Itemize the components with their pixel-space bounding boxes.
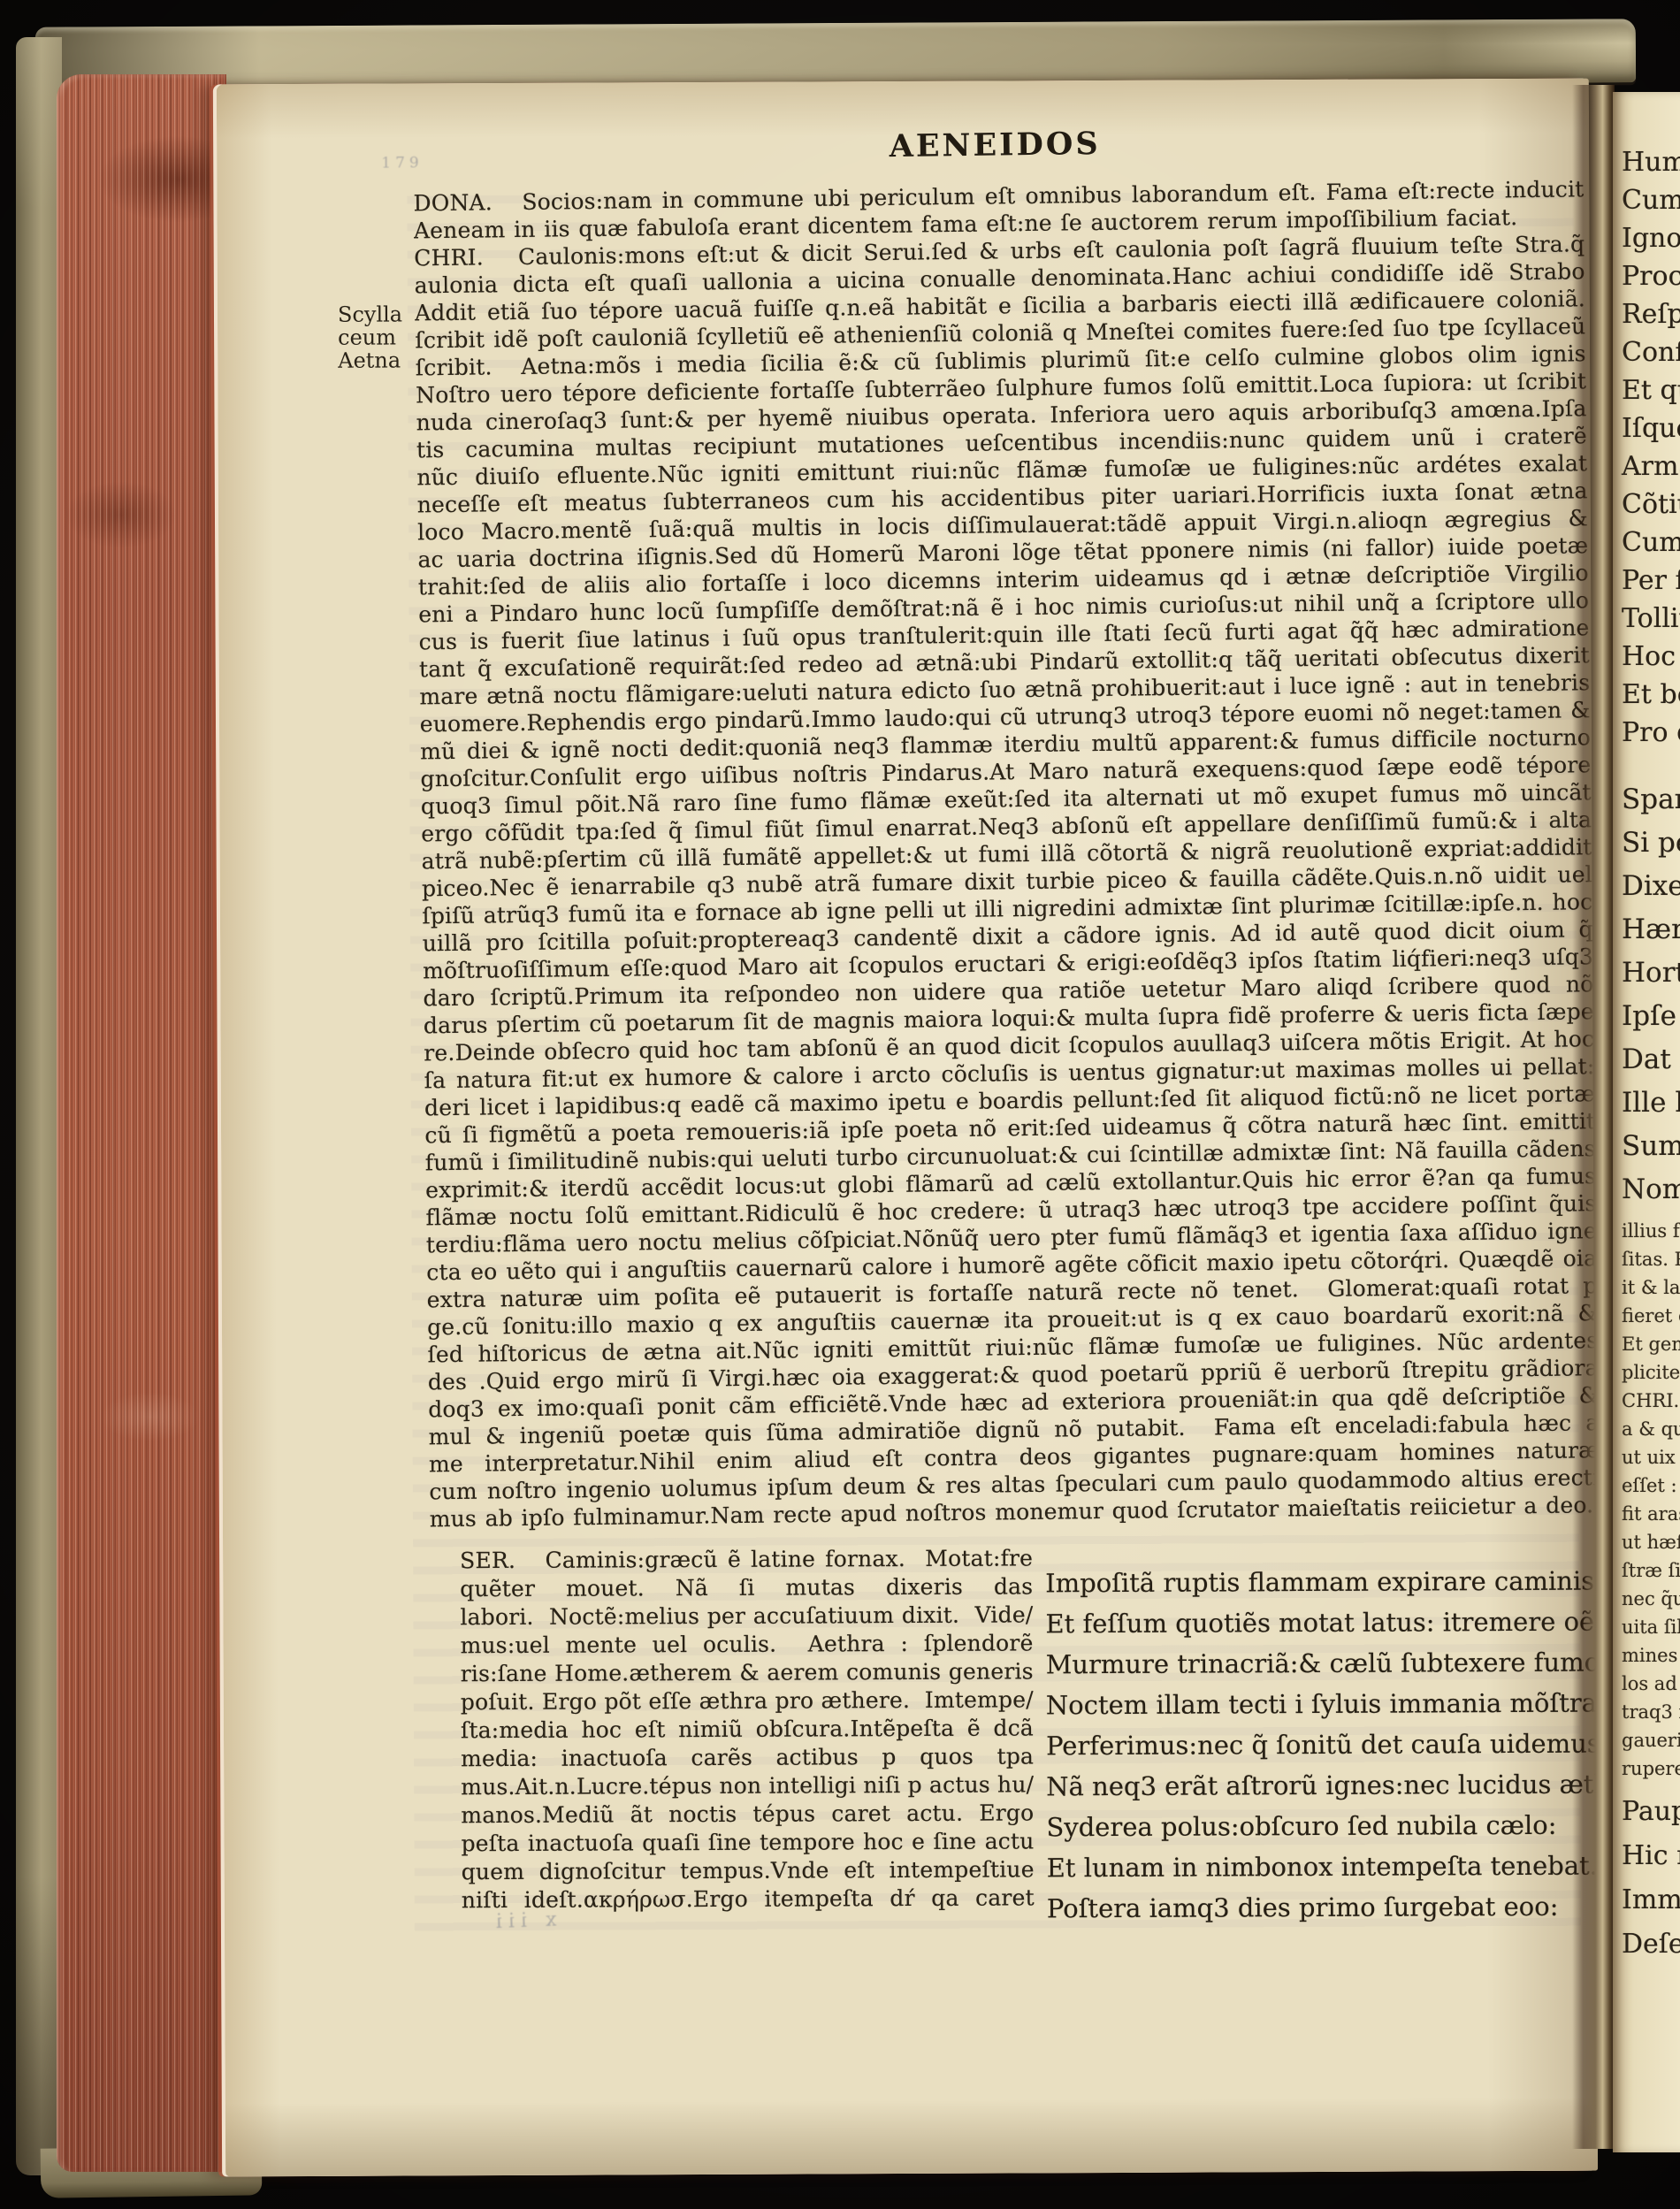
gutter-fold <box>1572 85 1615 2149</box>
text-line: Per ſupero <box>1613 562 1680 600</box>
text-line: ceum <box>338 325 422 348</box>
text-line: poſuit. Ergo põt eſſe æthra pro æthere. … <box>461 1685 1034 1716</box>
text-line: Spargite r <box>1613 778 1680 822</box>
text-line: Reſpicim <box>1613 295 1680 333</box>
text-line: Hic me du <box>1613 1834 1680 1878</box>
text-line: labori. Noctẽ:melius per accuſatiuum dix… <box>460 1601 1033 1632</box>
text-line: nec q̃uis d <box>1613 1585 1680 1613</box>
text-line: SER. Caminis:græcũ ẽ latine fornax. Mota… <box>460 1544 1033 1575</box>
text-line: Perferimus:nec q̃ ſonitũ det cauſa uidem… <box>1046 1724 1598 1767</box>
text-line: Poſtera iamq3 dies primo ſurgebat eoo: <box>1047 1886 1599 1930</box>
text-line: Cum fletu <box>1613 524 1680 562</box>
text-line: los ad mi <box>1613 1670 1680 1698</box>
text-line: Tollite me <box>1613 600 1680 638</box>
text-line: Ipſe pŕ d <box>1613 995 1680 1038</box>
text-line: Arma pro <box>1613 447 1680 485</box>
text-line: ris:ſane Home.ætherem & aerem comunis ge… <box>461 1657 1034 1688</box>
show-through-page-number: 179 <box>381 154 424 172</box>
text-line: ſitas. Per ſyd <box>1613 1245 1680 1273</box>
next-page-sliver: HumentCum ſubIgnoti noProcedit:ReſpicimC… <box>1613 92 1680 2152</box>
text-line: Hoc ſat eri <box>1613 638 1680 676</box>
text-line: CHRI. S <box>1613 1387 1680 1415</box>
text-line: Deſeruere. <box>1613 1922 1680 1967</box>
text-line: ut hæſit:pri <box>1613 1528 1680 1556</box>
next-page-verse-fragments-bottom: Paupere:nHic me duImmemorDeſeruere. <box>1613 1790 1680 1967</box>
text-line: Paupere:n <box>1613 1790 1680 1834</box>
text-line: fit aras pro i <box>1613 1500 1680 1528</box>
text-line: Et genua ar <box>1613 1330 1680 1358</box>
text-line: mus.Ait.n.Lucre.tépus non intelligi niſi… <box>461 1770 1034 1801</box>
text-line: Et quõda <box>1613 371 1680 409</box>
text-line: manos.Mediũ ãt noctis tépus caret actu. … <box>461 1799 1034 1830</box>
text-line: Dixerat:& <box>1613 865 1680 908</box>
margin-note: ScyllaceumAetna <box>338 302 422 371</box>
text-line: Et feſſum quotiẽs motat latus: itremere … <box>1045 1601 1597 1645</box>
text-line: mus:uel mente uel oculis. Aethra : ſplen… <box>460 1629 1033 1660</box>
right-column-verse: Impoſitã ruptis flammam expirare caminis… <box>1045 1561 1599 1930</box>
text-line: Scylla <box>338 302 422 325</box>
text-line: Noctem illam tecti i ſyluis immania mõſt… <box>1046 1683 1598 1726</box>
next-page-verse-fragments-top: HumentCum ſubIgnoti noProcedit:ReſpicimC… <box>1613 143 1680 752</box>
text-line: quem dignoſcitur tempus.Vnde eſt intempe… <box>462 1855 1035 1886</box>
text-line: Conſertum <box>1613 333 1680 371</box>
text-line: media: inactuoſa carẽs actibus p quos tp… <box>461 1742 1034 1773</box>
text-line: Hortamu <box>1613 952 1680 995</box>
text-line: Et lunam in nimbonox intempeſta tenebat. <box>1047 1846 1599 1889</box>
commentary-block: DONA. Socios:nam in commune ubi periculu… <box>413 175 1600 1533</box>
text-line: Impoſitã ruptis flammam expirare caminis… <box>1045 1561 1597 1604</box>
text-line: Hument <box>1613 143 1680 181</box>
text-line: Immemor <box>1613 1878 1680 1922</box>
text-line: peſta inactuoſa quaſi ſine tempore hoc e… <box>461 1827 1034 1858</box>
book-cover-left-board <box>16 37 62 2175</box>
left-column-commentary: SER. Caminis:græcũ ẽ latine fornax. Mota… <box>460 1544 1035 1915</box>
text-line: Ignoti no <box>1613 219 1680 257</box>
text-line: Iſque ubi <box>1613 409 1680 447</box>
text-line: Sum patri <box>1613 1125 1680 1168</box>
text-line: a & qualem <box>1613 1415 1680 1443</box>
text-line: fieret crudeli <box>1613 1302 1680 1330</box>
text-line: illius fuerat t <box>1613 1217 1680 1245</box>
text-line: eſſet : ut non <box>1613 1471 1680 1500</box>
text-line: rupere:no <box>1613 1754 1680 1783</box>
text-line: ut uix tenue u <box>1613 1443 1680 1471</box>
text-line: Si pereo r <box>1613 822 1680 865</box>
text-line: Nomie ac <box>1613 1168 1680 1212</box>
next-page-verse-fragments-mid: Spargite rSi pereo rDixerat:&Hærebat.Hor… <box>1613 778 1680 1212</box>
text-line: Cum ſub <box>1613 181 1680 219</box>
show-through-signature: x iii <box>489 1908 556 1933</box>
text-line: quẽter mouet. Nã ſi mutas dixeris das re… <box>460 1572 1033 1603</box>
text-line: mines mi <box>1613 1641 1680 1670</box>
text-line: traq3 i ſinu <box>1613 1698 1680 1726</box>
next-page-commentary-fragments: illius fuerat tſitas. Per ſydit & lachry… <box>1613 1217 1680 1783</box>
running-title: AENEIDOS <box>401 119 1589 172</box>
text-line: Syderea polus:obſcuro ſed nubila cælo: <box>1046 1805 1598 1848</box>
text-line: Aetna <box>338 348 422 371</box>
text-line: Ille hæc d <box>1613 1082 1680 1125</box>
text-line: Murmure trinacriã:& cælũ ſubtexere fumo. <box>1046 1642 1598 1685</box>
text-line: gauerit. <box>1613 1726 1680 1754</box>
red-stained-fore-edge <box>57 74 226 2172</box>
text-line: ſta:media hoc eſt nimiũ obſcura.Intẽpeſt… <box>461 1714 1034 1745</box>
text-line: Nã neq3 erãt aſtrorũ ignes:nec lucidus æ… <box>1046 1764 1598 1808</box>
text-line: Procedit: <box>1613 257 1680 295</box>
text-line: Dat iuuẽ <box>1613 1038 1680 1082</box>
text-line: it & lachrym <box>1613 1273 1680 1302</box>
text-line: ſtræ ſibi ma <box>1613 1556 1680 1585</box>
text-line: uita ſibi er <box>1613 1613 1680 1641</box>
text-line: Pro quo ſi <box>1613 714 1680 752</box>
main-page: AENEIDOS 179 ScyllaceumAetna DONA. Socio… <box>217 79 1598 2177</box>
book-photograph: AENEIDOS 179 ScyllaceumAetna DONA. Socio… <box>0 0 1680 2209</box>
text-line: Et bello ili <box>1613 676 1680 714</box>
text-line: Hærebat. <box>1613 908 1680 952</box>
text-line: pliciter aliqu <box>1613 1358 1680 1387</box>
text-line: Cõtiuitq3 g <box>1613 485 1680 524</box>
